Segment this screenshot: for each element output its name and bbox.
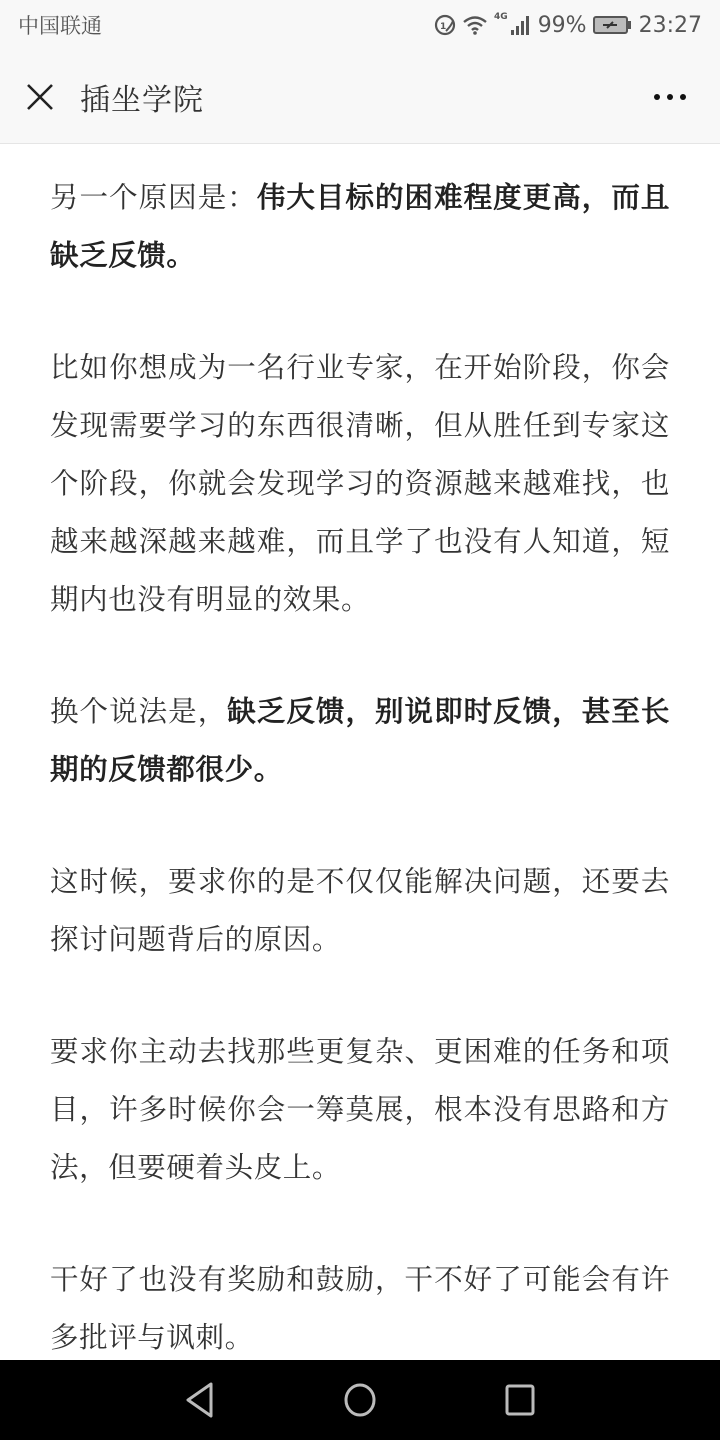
article-paragraph: 干好了也没有奖励和鼓励，干不好了可能会有许多批评与讽刺。 (50, 1251, 670, 1360)
paragraph-text: 干好了也没有奖励和鼓励，干不好了可能会有许多批评与讽刺。 (50, 1263, 670, 1354)
close-icon (25, 82, 55, 112)
data-saver-icon: 1 (434, 14, 456, 36)
wifi-icon (462, 14, 488, 36)
recents-icon (503, 1381, 537, 1419)
article-paragraph: 换个说法是，缺乏反馈，别说即时反馈，甚至长期的反馈都很少。 (50, 683, 670, 799)
paragraph-text: 比如你想成为一名行业专家，在开始阶段，你会发现需要学习的东西很清晰，但从胜任到专… (50, 351, 670, 616)
battery-percent: 99% (538, 13, 587, 38)
article-paragraph: 比如你想成为一名行业专家，在开始阶段，你会发现需要学习的东西很清晰，但从胜任到专… (50, 339, 670, 629)
paragraph-text: 这时候，要求你的是不仅仅能解决问题，还要去探讨问题背后的原因。 (50, 865, 670, 956)
carrier-name: 中国联通 (18, 10, 102, 40)
system-navigation-bar (0, 1360, 720, 1440)
paragraph-text: 要求你主动去找那些更复杂、更困难的任务和项目，许多时候你会一筹莫展，根本没有思路… (50, 1035, 670, 1184)
signal-icon (510, 14, 532, 36)
network-type: 4G (494, 12, 508, 22)
back-button[interactable] (170, 1370, 230, 1430)
more-button[interactable] (648, 77, 692, 117)
recents-button[interactable] (490, 1370, 550, 1430)
paragraph-text: 换个说法是， (50, 695, 227, 728)
more-icon-dot (667, 94, 673, 100)
battery-charging-icon (593, 15, 633, 35)
page-title: 插坐学院 (80, 75, 204, 119)
status-icons: 1 4G 99% 23:27 (434, 13, 702, 38)
clock: 23:27 (639, 13, 702, 38)
more-icon-dot (680, 94, 686, 100)
status-bar: 中国联通 1 4G 99% 23:27 (0, 0, 720, 50)
paragraph-text: 另一个原因是： (50, 181, 257, 214)
home-button[interactable] (330, 1370, 390, 1430)
article-paragraph: 要求你主动去找那些更复杂、更困难的任务和项目，许多时候你会一筹莫展，根本没有思路… (50, 1023, 670, 1197)
home-icon (341, 1381, 379, 1419)
article-paragraph: 另一个原因是：伟大目标的困难程度更高，而且缺乏反馈。 (50, 169, 670, 285)
back-icon (183, 1381, 217, 1419)
close-button[interactable] (20, 77, 60, 117)
more-icon (654, 94, 660, 100)
article-content[interactable]: 另一个原因是：伟大目标的困难程度更高，而且缺乏反馈。 比如你想成为一名行业专家，… (0, 145, 720, 1360)
nav-bar: 插坐学院 (0, 50, 720, 144)
article-paragraph: 这时候，要求你的是不仅仅能解决问题，还要去探讨问题背后的原因。 (50, 853, 670, 969)
svg-text:1: 1 (440, 22, 446, 32)
